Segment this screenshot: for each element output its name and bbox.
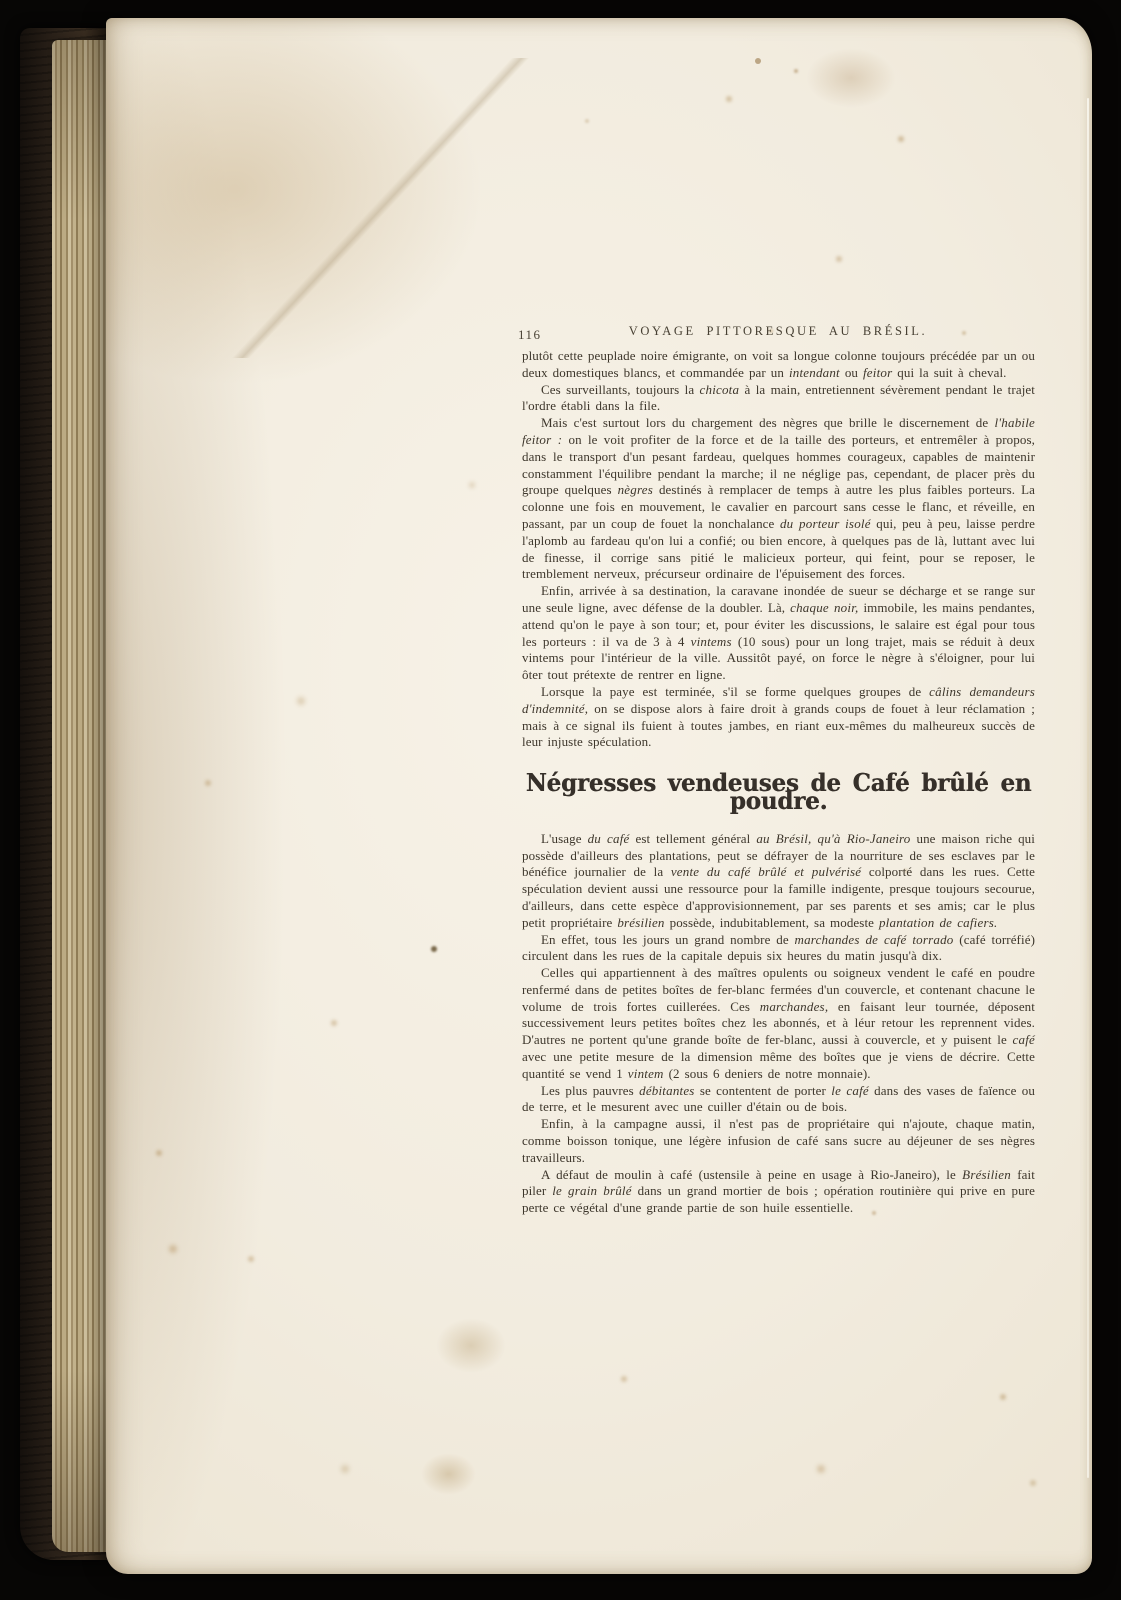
paragraph: En effet, tous les jours un grand nombre… <box>522 932 1035 966</box>
ink-blotch <box>436 1318 506 1373</box>
paragraph: Lorsque la paye est terminée, s'il se fo… <box>522 684 1035 751</box>
ink-blotch <box>421 1453 476 1495</box>
ink-blotch <box>806 48 896 108</box>
paragraph: Ces surveillants, toujours la chicota à … <box>522 382 1035 416</box>
paragraph: Celles qui appartiennent à des maîtres o… <box>522 965 1035 1083</box>
paragraph: Mais c'est surtout lors du chargement de… <box>522 415 1035 583</box>
paragraph: L'usage du café est tellement général au… <box>522 831 1035 932</box>
stacked-page-edges <box>52 40 114 1552</box>
foxing-stains <box>755 58 761 64</box>
paragraphs-before-heading: plutôt cette peuplade noire émigrante, o… <box>522 348 1035 751</box>
page-number: 116 <box>518 327 542 343</box>
paragraph: A défaut de moulin à café (ustensile à p… <box>522 1167 1035 1217</box>
paragraph: Les plus pauvres débitantes se contenten… <box>522 1083 1035 1117</box>
paragraph: Enfin, arrivée à sa destination, la cara… <box>522 583 1035 684</box>
paragraphs-after-heading: L'usage du café est tellement général au… <box>522 831 1035 1217</box>
running-title: VOYAGE PITTORESQUE AU BRÉSIL. <box>522 324 1034 339</box>
text-block: plutôt cette peuplade noire émigrante, o… <box>522 348 1035 1217</box>
paragraph: plutôt cette peuplade noire émigrante, o… <box>522 348 1035 382</box>
book-scan: 116 VOYAGE PITTORESQUE AU BRÉSIL. plutôt… <box>0 0 1121 1600</box>
page-header: 116 VOYAGE PITTORESQUE AU BRÉSIL. <box>522 324 1034 344</box>
section-heading: Négresses vendeuses de Café brûlé en pou… <box>522 775 1035 811</box>
paragraph: Enfin, à la campagne aussi, il n'est pas… <box>522 1116 1035 1166</box>
corner-fold-crease <box>226 58 546 358</box>
book-page: 116 VOYAGE PITTORESQUE AU BRÉSIL. plutôt… <box>106 18 1092 1574</box>
